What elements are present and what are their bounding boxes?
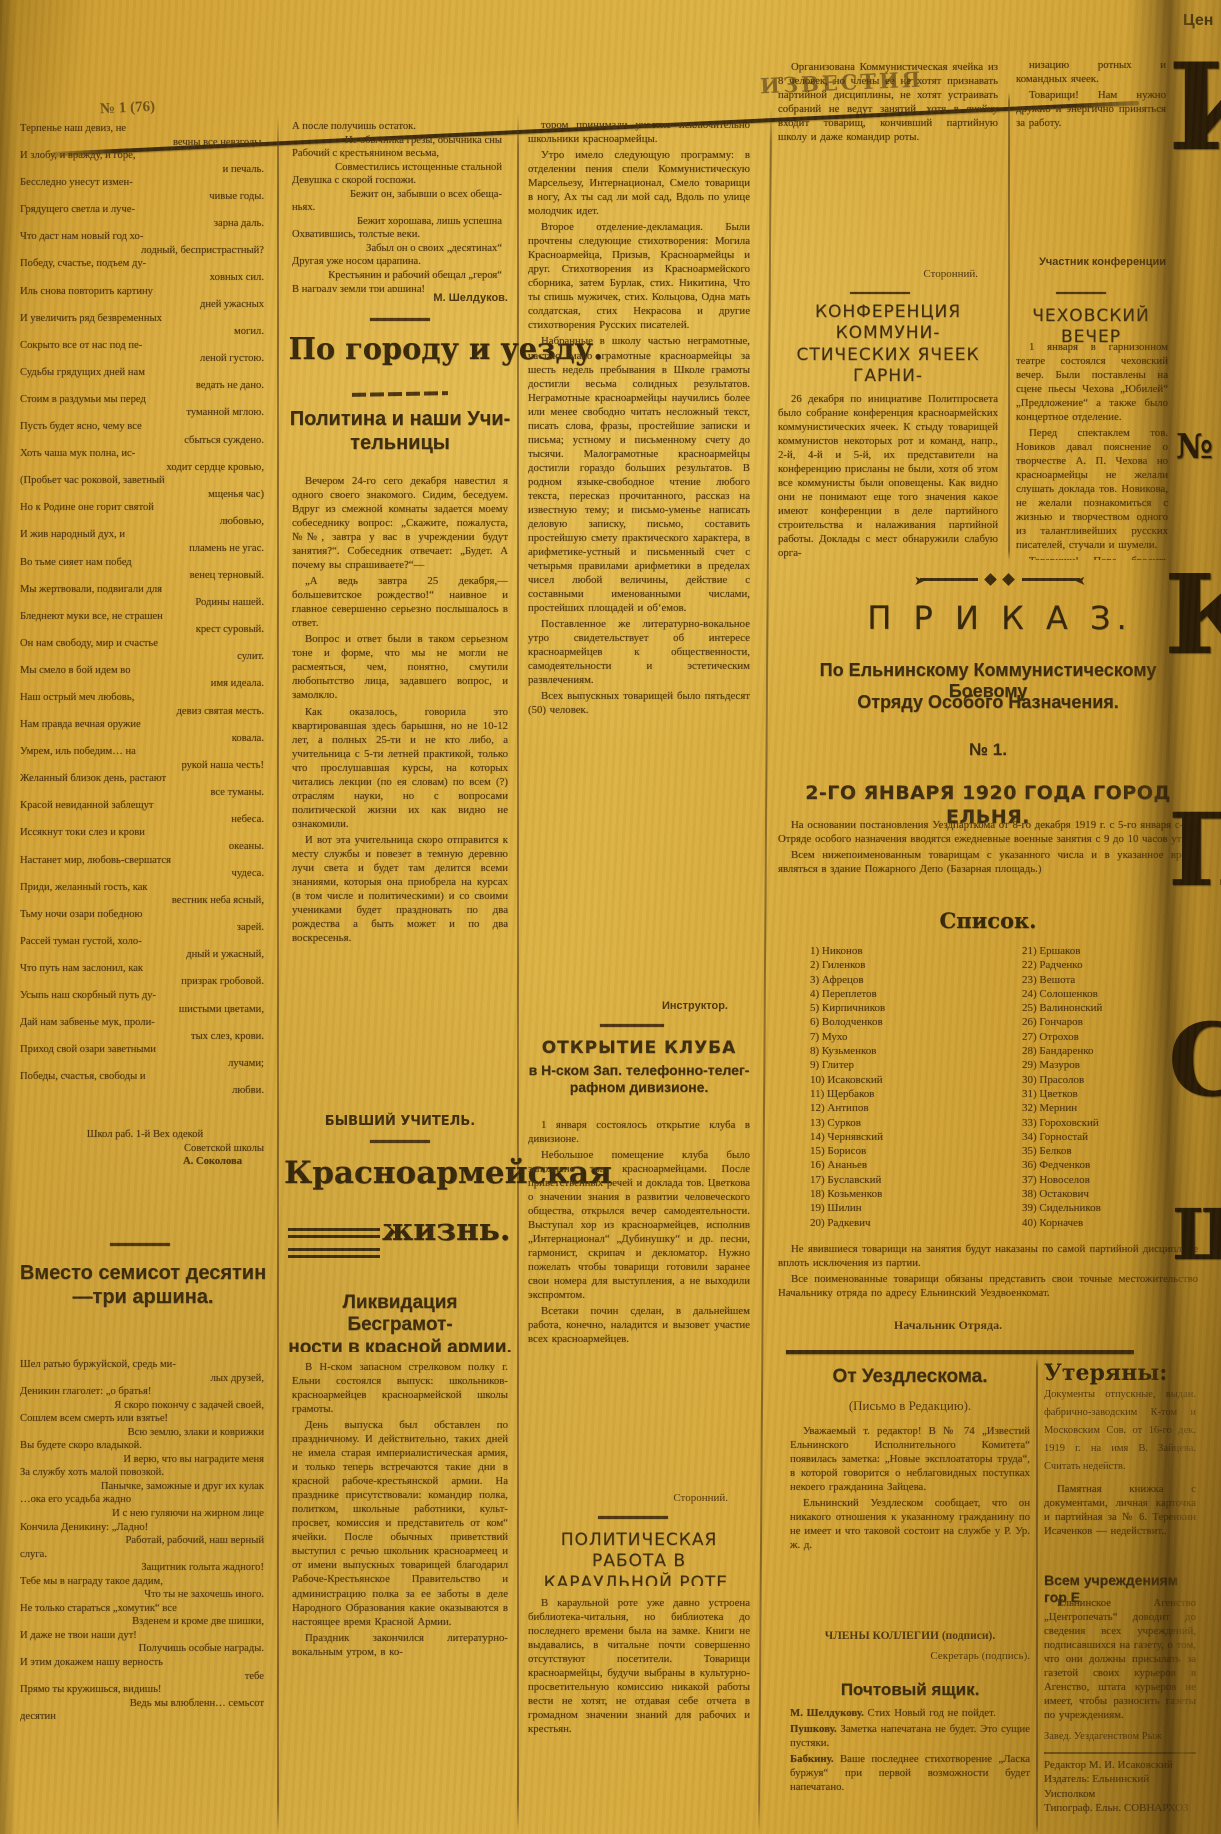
text-line: ходит сердце кровью, <box>20 461 270 475</box>
text-line: Товарищи! Нам нужно дружно и энергично п… <box>1016 88 1166 130</box>
text-line: 10) Исаковский <box>810 1073 980 1087</box>
text-line: тебе <box>20 1670 270 1684</box>
text-line: 37) Новоселов <box>1022 1173 1197 1187</box>
article1-body: Вечером 24-го сего декабря навестил я од… <box>292 474 508 1112</box>
text-line: Издатель: Ельнинский Уисполком <box>1044 1772 1196 1801</box>
text-line: все туманы. <box>20 786 270 800</box>
text-line: ховных сил. <box>20 271 270 285</box>
text-line: могил. <box>20 325 270 339</box>
text-line: (Пробьет час роковой, заветный <box>20 474 270 488</box>
imprint: Редактор М. И. ИсаковскийИздатель: Ельни… <box>1044 1758 1196 1834</box>
text-line: имя идеала. <box>20 677 270 691</box>
issue-number: № 1 (76) <box>100 99 156 118</box>
separator-rule <box>850 292 910 294</box>
text-line: 23) Вешота <box>1022 973 1197 987</box>
paragraph: В караульной роте уже давно устроена биб… <box>528 1596 750 1736</box>
text-line: 3) Афрецов <box>810 973 980 987</box>
text-line: Что даст нам новый год хо- <box>20 230 270 244</box>
prikaz-list-title: Список. <box>778 908 1198 933</box>
text-line: Ведь мы влюбленн… семьсот <box>20 1697 270 1711</box>
title-line: рафном дивизионе. <box>524 1079 754 1096</box>
paragraph: Ельнинское Агенство „Центропечать“ довод… <box>1044 1596 1196 1722</box>
prikaz-names-left: 1) Никонов2) Гиленков3) Афрецов4) Перепл… <box>810 944 980 1234</box>
text-line: Не явившиеся товарищи на занятия будут н… <box>778 1242 1198 1270</box>
conference-title: КОНФЕРЕНЦИЯ КОММУНИ- СТИЧЕСКИХ ЯЧЕЕК ГАР… <box>772 302 1004 384</box>
text-line: Что ты не захочешь иного. <box>20 1588 270 1602</box>
uezdleskoma-title: От Уездлескома. <box>788 1366 1032 1388</box>
text-line: Наш острый меч любовь, <box>20 691 270 705</box>
text-line: 5) Кирпичников <box>810 1001 980 1015</box>
text-line: Желанный близок день, растают <box>20 772 270 786</box>
text-line: Иссякнут токи слез и крови <box>20 826 270 840</box>
text-line: 4) Переплетов <box>810 987 980 1001</box>
text-line: рукой наша честь! <box>20 759 270 773</box>
adjacent-page-letter: Щ <box>1172 1200 1221 1270</box>
text-line: Бежит хорошава, лишь успешна <box>292 215 508 229</box>
text-line: И верю, что вы наградите меня <box>20 1453 270 1467</box>
text-line: Взденем и кроме две шишки, <box>20 1615 270 1629</box>
text-line: Бесследно унесут измен- <box>20 176 270 190</box>
text-line: ковала. <box>20 732 270 746</box>
poem1-sig-line1: Школ раб. 1-й Вех одекой <box>20 1128 270 1142</box>
column-divider-3 <box>758 108 772 1834</box>
adjacent-page-letter: № <box>1176 430 1213 464</box>
chekhov-evening-body: 1 января в гарнизонном театре состоялся … <box>1016 340 1168 560</box>
pochta-addressee: М. Шелдукову. <box>790 1707 864 1719</box>
text-line: дней ужасных <box>20 298 270 312</box>
text-line: Перед спектаклем тов. Новиков давал пояс… <box>1016 426 1168 552</box>
text-line: тых слез, крови. <box>20 1030 270 1044</box>
text-line: Сокрыто все от нас под пе- <box>20 339 270 353</box>
text-line: И вот эта учительница скоро отправится к… <box>292 833 508 945</box>
section2-title-line2: жизнь. <box>382 1212 492 1248</box>
text-line: сбыться суждено. <box>20 434 270 448</box>
text-line: Усыпь наш скорбный путь ду- <box>20 989 270 1003</box>
text-line: Получишь особые награды. <box>20 1642 270 1656</box>
vsem-signature: Завед. Уездагенством Рыж <box>1044 1730 1196 1744</box>
text-line: Пусть будет ясно, чему все <box>20 420 270 434</box>
text-line: Мы жертвовали, подвигали для <box>20 583 270 597</box>
title-line: КАРАУЛЬНОЙ РОТЕ. <box>522 1573 756 1587</box>
text-line: 20) Радкевич <box>810 1216 980 1230</box>
text-line: Защитник голыта жадного! <box>20 1561 270 1575</box>
pochta-items: М. Шелдукову. Стих Новый год не пойдет. … <box>790 1706 1030 1834</box>
text-line: И злобу, и вражду, и горе, <box>20 149 270 163</box>
text-line: Сошлем всем смерть или взятье! <box>20 1412 270 1426</box>
separator-rule <box>598 1516 668 1519</box>
text-line: 39) Сидельников <box>1022 1201 1197 1215</box>
adjacent-page-letter: П <box>1168 800 1221 900</box>
column5-signature: Участник конференции <box>1016 256 1166 268</box>
text-line: мщенья час) <box>20 488 270 502</box>
text-line: 35) Белков <box>1022 1144 1197 1158</box>
text-line: сулит. <box>20 650 270 664</box>
text-line: ведать не дано. <box>20 379 270 393</box>
pochta-text: Стих Новый год не пойдет. <box>868 1707 996 1719</box>
text-line: Не обычника грезы, обычника сны <box>292 134 508 148</box>
text-line: И увеличить ряд безвременных <box>20 312 270 326</box>
text-line: Редактор М. И. Исаковский <box>1044 1758 1196 1772</box>
title-line: ПОЛИТИЧЕСКАЯ РАБОТА В <box>522 1530 756 1573</box>
text-line: зарна даль. <box>20 217 270 231</box>
pochta-addressee: Пушкову. <box>790 1723 837 1735</box>
text-line: Хоть чаша мук полна, ис- <box>20 447 270 461</box>
column1-article2-title: Вместо семисот десятин —три аршина. <box>14 1262 272 1342</box>
text-line: В награду земли три аршина! <box>292 283 508 292</box>
section2-title-line1: Красноармейская <box>284 1155 516 1191</box>
text-line: чивые годы. <box>20 190 270 204</box>
column-divider-1 <box>277 115 279 1834</box>
uezdleskoma-signature1: ЧЛЕНЫ КОЛЛЕГИИ (подписи). <box>790 1630 1030 1642</box>
text-line: Забыл он о своих „десятинах“ <box>292 242 508 256</box>
text-line: Крестьянин и рабочий обещал „героя“ <box>292 269 508 283</box>
text-line: Девушка с скорой госпожи. <box>292 174 508 188</box>
text-line: небеса. <box>20 813 270 827</box>
text-line: вестник неба ясный, <box>20 894 270 908</box>
text-line: Мы смело в бой идем во <box>20 664 270 678</box>
club-opening-body: 1 января состоялось открытие клуба в див… <box>528 1118 750 1490</box>
column-1-poem: Терпенье наш девиз, невечны все невзгоды… <box>20 122 270 1122</box>
text-line: Что путь нам заслонил, как <box>20 962 270 976</box>
article1-signature: БЫВШИЙ УЧИТЕЛЬ. <box>292 1114 508 1129</box>
text-line: Типограф. Ельн. СОВНАРХОЗ <box>1044 1801 1196 1815</box>
text-line: Другая уже носом царапина. <box>292 255 508 269</box>
text-line: Небольшое помещение клуба было заполнено… <box>528 1148 750 1302</box>
text-line: Поставленное же литературно-вокальное ут… <box>528 617 750 687</box>
text-line: Настанет мир, любовь-свершатся <box>20 854 270 868</box>
text-line: Шел ратью буржуйской, средь ми- <box>20 1358 270 1372</box>
title-line: тельницы <box>288 432 512 456</box>
text-line: 34) Горностай <box>1022 1130 1197 1144</box>
pochta-item: Пушкову. Заметка напечатана не будет. Эт… <box>790 1722 1030 1750</box>
text-line: Тьму ночи озари победною <box>20 908 270 922</box>
text-line: Набранные в школу частью неграмотные, ча… <box>528 334 750 615</box>
text-line: Победы, счастья, свободы и <box>20 1070 270 1084</box>
text-line: Родины нашей. <box>20 596 270 610</box>
text-line: любовью, <box>20 515 270 529</box>
text-line: Красой невиданной заблещут <box>20 799 270 813</box>
article2-title: Ликвидация Бесграмот- ности в красной ар… <box>288 1292 512 1352</box>
text-line: 15) Борисов <box>810 1144 980 1158</box>
separator-rule <box>1056 292 1106 294</box>
vsem-body: Ельнинское Агенство „Центропечать“ довод… <box>1044 1596 1196 1730</box>
text-line: Как оказалось, говорила это квартировавш… <box>292 705 508 831</box>
text-line: Бежит он, забывши о всех обеща- <box>292 188 508 202</box>
paragraph: Организована Коммунистическая ячейка из … <box>778 60 998 144</box>
article1-title: Политина и наши Учи- тельницы <box>288 408 512 466</box>
text-line: венец терновый. <box>20 569 270 583</box>
text-line: 1) Никонов <box>810 944 980 958</box>
title-line: Политина и наши Учи- <box>288 408 512 432</box>
text-line: 22) Радченко <box>1022 958 1197 972</box>
text-line: Рабочий с крестьянином весьма, <box>292 147 508 161</box>
text-line: Приход свой озари заветными <box>20 1043 270 1057</box>
pochta-item: М. Шелдукову. Стих Новый год не пойдет. <box>790 1706 1030 1720</box>
text-line: Приди, желанный гость, как <box>20 881 270 895</box>
column-2-poem-tail: А после получишь остаток.Не обычника гре… <box>292 120 508 292</box>
adjacent-page-letter: И <box>1168 48 1221 168</box>
text-line: Победу, счастье, подъем ду- <box>20 257 270 271</box>
uezdleskoma-body: Уважаемый т. редактор! В № 74 „Известий … <box>790 1424 1030 1630</box>
uezdleskoma-signature2: Секретарь (подпись). <box>790 1650 1030 1662</box>
separator-rule <box>600 1024 664 1027</box>
text-line: десятин <box>20 1710 270 1724</box>
text-line: пламень не угас. <box>20 542 270 556</box>
title-line: Ликвидация Бесграмот- <box>288 1292 512 1337</box>
ornament-arrows: ➤ ➤ <box>920 572 1080 588</box>
title-line: —три аршина. <box>14 1286 272 1310</box>
uteryany-paragraph: Документы отпускные, выдан. фабрично-зав… <box>1044 1389 1196 1472</box>
text-line: Прямо ты кружишься, видишь! <box>20 1683 270 1697</box>
prikaz-signature: Начальник Отряда. <box>778 1318 1118 1333</box>
text-line: ньях. <box>292 201 508 215</box>
text-line: Деникин глаголет: „о братья! <box>20 1385 270 1399</box>
text-line: Не только стараться „хомутик“ все <box>20 1602 270 1616</box>
pochta-item: Бабкину. Ваше последнее стихотворение „Л… <box>790 1752 1030 1794</box>
text-line: А после получишь остаток. <box>292 120 508 134</box>
prikaz-title: П Р И К А З. <box>800 598 1200 638</box>
double-rule-left2 <box>288 1248 380 1258</box>
column-5-lead: низацию ротных и командных ячеек.Товарищ… <box>1016 58 1166 258</box>
text-line: Всем нижепоименованным товарищам с указа… <box>778 848 1198 876</box>
text-line: океаны. <box>20 840 270 854</box>
pochta-addressee: Бабкину. <box>790 1753 834 1765</box>
text-line: Утро имело следующую программу: в отделе… <box>528 148 750 218</box>
text-line: Он нам свободу, мир и счастье <box>20 637 270 651</box>
text-line: Второе отделение-декламация. Были прочте… <box>528 220 750 332</box>
text-line: Тебе мы в награду такое дадим, <box>20 1575 270 1589</box>
text-line: лых друзей, <box>20 1372 270 1386</box>
poem1-signature: Школ раб. 1-й Вех одекой Советской школы… <box>20 1128 270 1228</box>
separator-rule <box>370 1140 430 1143</box>
text-line: Я скоро покончу с задачей своей, <box>20 1399 270 1413</box>
text-line: 11) Щербаков <box>810 1087 980 1101</box>
text-line: лодный, беспристрастный? <box>20 244 270 258</box>
text-line: 12) Антипов <box>810 1101 980 1115</box>
text-line: леной густою. <box>20 352 270 366</box>
text-line: Дай нам забвенье мук, проли- <box>20 1016 270 1030</box>
text-line: девиз святая месть. <box>20 705 270 719</box>
text-line: Стоим в раздумьи мы перед <box>20 393 270 407</box>
text-line: Вы будете скоро владыкой. <box>20 1439 270 1453</box>
prikaz-number: № 1. <box>778 740 1198 760</box>
text-line: Вечером 24-го сего декабря навестил я од… <box>292 474 508 572</box>
uteryany-label: Утеряны: <box>1044 1362 1167 1384</box>
text-line: Судьбы грядущих дней нам <box>20 366 270 380</box>
text-line: шистыми цветами, <box>20 1003 270 1017</box>
text-line: Всех выпускных товарищей было пятьдесят … <box>528 689 750 717</box>
uezdleskoma-subtitle: (Письмо в Редакцию). <box>788 1398 1032 1414</box>
club-opening-subtitle: в Н-ском Зап. телефонно-телег- рафном ди… <box>524 1062 754 1110</box>
text-line: Товарищи! Пора бросить хулиганские выход… <box>1016 554 1168 560</box>
text-line: слуга. <box>20 1548 270 1562</box>
text-line: 9) Глитер <box>810 1058 980 1072</box>
text-line: И этим докажем нашу верность <box>20 1656 270 1670</box>
text-line: Ельнинский Уездлеском сообщает, что он н… <box>790 1496 1030 1552</box>
title-line: КОНФЕРЕНЦИЯ КОММУНИ- <box>772 302 1004 345</box>
adjacent-page-letter: К <box>1164 560 1221 670</box>
adjacent-page-letter: С <box>1168 1010 1221 1110</box>
text-line: чудеса. <box>20 867 270 881</box>
text-line: Все поименованные товарищи обязаны предс… <box>778 1272 1198 1300</box>
text-line: Нам правда вечная оружие <box>20 718 270 732</box>
text-line: и печаль. <box>20 163 270 177</box>
text-line: Терпенье наш девиз, не <box>20 122 270 136</box>
text-line: Но к Родине оне горит святой <box>20 501 270 515</box>
prikaz-line2: Отряду Особого Назначения. <box>778 692 1198 713</box>
text-line: тором принимали участие исключительно шк… <box>528 118 750 146</box>
text-line: Работай, рабочий, наш верный <box>20 1534 270 1548</box>
column4-signature: Сторонний. <box>778 268 978 280</box>
text-line: …ока его усадьба жадно <box>20 1493 270 1507</box>
section-heavy-rule <box>786 1350 1134 1354</box>
guard-company-title: ПОЛИТИЧЕСКАЯ РАБОТА В КАРАУЛЬНОЙ РОТЕ. <box>522 1530 756 1586</box>
text-line: За службу хоть малой повозкой. <box>20 1466 270 1480</box>
text-line: Рассей туман густой, холо- <box>20 935 270 949</box>
text-line: Праздник закончился литературно-вокальны… <box>292 1631 508 1659</box>
column-1-poem2: Шел ратью буржуйской, средь ми-лых друзе… <box>20 1358 270 1834</box>
text-line: Во тьме сияет нам побед <box>20 556 270 570</box>
conference-body: 26 декабря по инициативе Политпросвета б… <box>778 392 998 560</box>
title-line: ности в красной армии. <box>288 1337 512 1352</box>
poem-tail-signature: М. Шелдуков. <box>292 292 508 304</box>
text-line: 7) Мухо <box>810 1030 980 1044</box>
text-line: Вопрос и ответ были в таком серьезном то… <box>292 632 508 702</box>
text-line: На основании постановления Уездпарткома … <box>778 818 1198 846</box>
text-line: В Н-ском запасном стрелковом полку г. Ел… <box>292 1360 508 1416</box>
column-3-body: тором принимали участие исключительно шк… <box>528 118 750 998</box>
text-line: зарей. <box>20 921 270 935</box>
paragraph: 26 декабря по инициативе Политпросвета б… <box>778 392 998 560</box>
text-line: Всетаки почин сделан, в дальнейшем работ… <box>528 1304 750 1346</box>
prikaz-notes: Не явившиеся товарищи на занятия будут н… <box>778 1242 1198 1320</box>
text-line: 8) Кузьменков <box>810 1044 980 1058</box>
column3-signature: Инструктор. <box>528 1000 728 1012</box>
column-divider-5 <box>1036 1358 1038 1834</box>
text-line: 38) Остакович <box>1022 1187 1197 1201</box>
wavy-separator <box>352 391 448 397</box>
column-divider-2 <box>517 112 519 1834</box>
text-line: И с нею гуляючи на жирном лице <box>20 1507 270 1521</box>
text-line: День выпуска был обставлен по празднично… <box>292 1418 508 1628</box>
text-line: 17) Буславский <box>810 1173 980 1187</box>
text-line: 40) Корначев <box>1022 1216 1197 1230</box>
separator-rule <box>110 1243 170 1246</box>
left-edge-shadow <box>0 0 16 1834</box>
text-line: 19) Шилин <box>810 1201 980 1215</box>
text-line: низацию ротных и командных ячеек. <box>1016 58 1166 86</box>
text-line: вечны все невзгоды. <box>20 136 270 150</box>
text-line: 1 января в гарнизонном театре состоялся … <box>1016 340 1168 424</box>
text-line: Уважаемый т. редактор! В № 74 „Известий … <box>790 1424 1030 1494</box>
text-line: 6) Володченков <box>810 1015 980 1029</box>
club-opening-title: ОТКРЫТИЕ КЛУБА <box>524 1038 754 1059</box>
text-line: „А ведь завтра 25 декабря,— большевитско… <box>292 574 508 630</box>
text-line: Всю землю, злаки и коврижки <box>20 1426 270 1440</box>
text-line: 2) Гиленков <box>810 958 980 972</box>
text-line: любви. <box>20 1084 270 1098</box>
section-title-city-uezd: По городу и уезду. <box>289 332 512 367</box>
text-line: 16) Ананьев <box>810 1158 980 1172</box>
imprint-rule <box>1044 1752 1196 1754</box>
text-line: Панычке, заможные и друг их кулак <box>20 1480 270 1494</box>
title-line: Вместо семисот десятин <box>14 1262 272 1286</box>
title-line: в Н-ском Зап. телефонно-телег- <box>524 1062 754 1079</box>
text-line: туманной мглою. <box>20 406 270 420</box>
text-line: Охватившись, толстые веки. <box>292 228 508 242</box>
text-line: 18) Козьменков <box>810 1187 980 1201</box>
text-line: лучами; <box>20 1057 270 1071</box>
separator-rule <box>370 318 430 321</box>
text-line: 13) Сурков <box>810 1116 980 1130</box>
guard-company-body: В караульной роте уже давно устроена биб… <box>528 1596 750 1834</box>
club-opening-signature: Сторонний. <box>528 1492 728 1504</box>
text-line: 21) Ершаков <box>1022 944 1197 958</box>
text-line: 14) Чернявский <box>810 1130 980 1144</box>
text-line: И даже не твои наши дут! <box>20 1629 270 1643</box>
poem1-sig-author: А. Соколова <box>20 1155 270 1169</box>
text-line: дный и ужасный, <box>20 948 270 962</box>
text-line: 24) Солошенков <box>1022 987 1197 1001</box>
poem1-sig-line2: Советской школы <box>20 1142 270 1156</box>
text-line: Умрем, иль победим… на <box>20 745 270 759</box>
text-line: 1 января состоялось открытие клуба в див… <box>528 1118 750 1146</box>
newspaper-page: № 1 (76) ИЗВЕСТИЯ Цен Терпенье наш девиз… <box>0 0 1221 1834</box>
double-rule-left <box>288 1228 380 1238</box>
text-line: 36) Федченков <box>1022 1158 1197 1172</box>
text-line: И жив народный дух, и <box>20 528 270 542</box>
article2-body: В Н-ском запасном стрелковом полку г. Ел… <box>292 1360 508 1834</box>
text-line: призрак гробовой. <box>20 975 270 989</box>
price-fragment: Цен <box>1183 12 1213 30</box>
text-line: Иль снова повторить картину <box>20 285 270 299</box>
text-line: Кончила Деникину: „Ладно! <box>20 1521 270 1535</box>
column-4-lead: Организована Коммунистическая ячейка из … <box>778 60 998 272</box>
uteryany-section: Утеряны: Документы отпускные, выдан. фаб… <box>1044 1362 1196 1562</box>
uteryany-paragraph: Памятная книжка с документами, личная ка… <box>1044 1482 1196 1538</box>
pochta-title: Почтовый ящик. <box>788 1680 1032 1700</box>
text-line: Бледнеют муки все, не страшен <box>20 610 270 624</box>
text-line: крест суровый. <box>20 623 270 637</box>
prikaz-body: На основании постановления Уездпарткома … <box>778 818 1198 910</box>
text-line: Совместились истощенные стальной <box>292 161 508 175</box>
text-line: Грядущего светла и луче- <box>20 203 270 217</box>
title-line: СТИЧЕСКИХ ЯЧЕЕК ГАРНИ- <box>772 345 1004 385</box>
